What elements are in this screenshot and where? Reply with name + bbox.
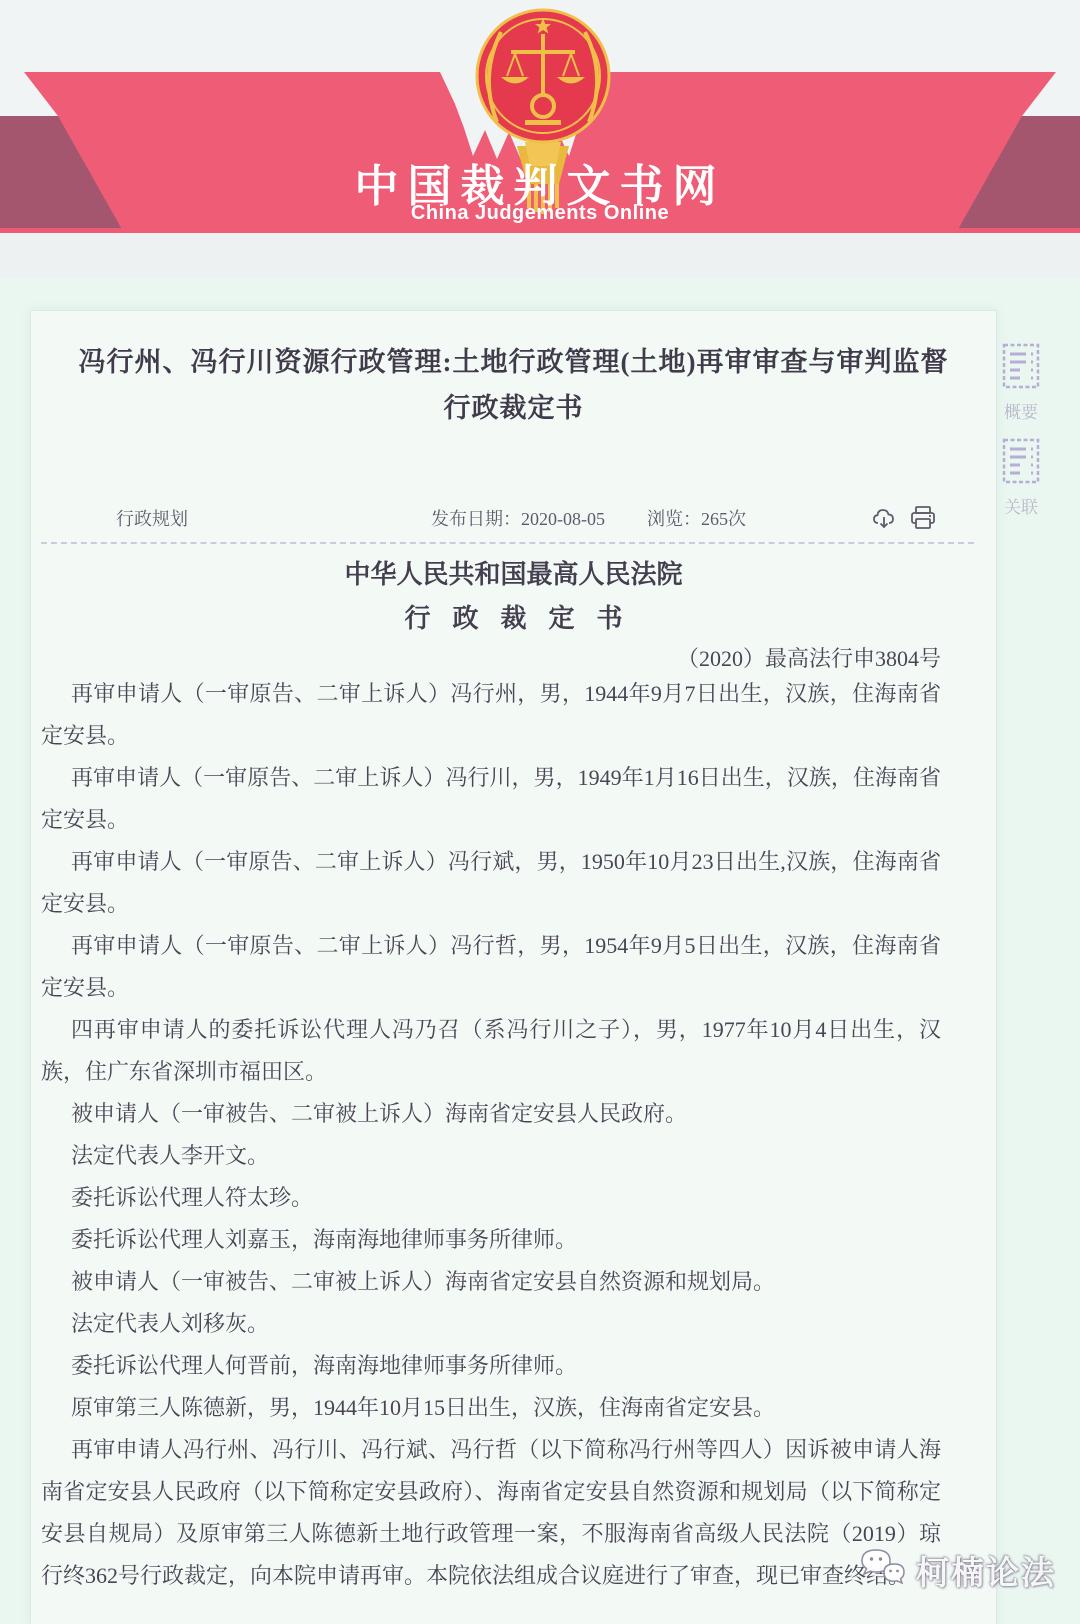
paragraph: 委托诉讼代理人符太珍。 <box>41 1177 941 1219</box>
category-label: 行政规划 <box>116 505 188 531</box>
wechat-watermark: 柯楠论法 <box>852 1546 1056 1594</box>
paragraph: 四再审申请人的委托诉讼代理人冯乃召（系冯行川之子），男，1977年10月4日出生… <box>41 1009 941 1093</box>
paragraph: 再审申请人（一审原告、二审上诉人）冯行州，男，1944年9月7日出生，汉族，住海… <box>41 673 941 757</box>
dashed-divider <box>41 542 974 544</box>
sidebar-item-label: 关联 <box>999 493 1043 518</box>
paragraph: 被申请人（一审被告、二审被上诉人）海南省定安县自然资源和规划局。 <box>41 1261 941 1303</box>
related-document-icon <box>1002 438 1040 484</box>
sidebar-item-related[interactable]: 关联 <box>999 438 1043 518</box>
paragraph: 被申请人（一审被告、二审被上诉人）海南省定安县人民政府。 <box>41 1093 941 1135</box>
publish-date: 发布日期：2020-08-05 <box>431 505 605 531</box>
paragraph: 委托诉讼代理人何晋前，海南海地律师事务所律师。 <box>41 1345 941 1387</box>
paragraph: 再审申请人（一审原告、二审上诉人）冯行哲，男，1954年9月5日出生，汉族，住海… <box>41 925 941 1009</box>
banner-lower-strip <box>0 233 1080 278</box>
document-card: 冯行州、冯行川资源行政管理:土地行政管理(土地)再审审查与审判监督行政裁定书 行… <box>30 310 997 1624</box>
page-body: 冯行州、冯行川资源行政管理:土地行政管理(土地)再审审查与审判监督行政裁定书 行… <box>0 278 1080 1624</box>
paragraph: 法定代表人李开文。 <box>41 1135 941 1177</box>
sidebar-item-label: 概要 <box>999 398 1043 423</box>
case-number: （2020）最高法行申3804号 <box>677 642 941 673</box>
site-subtitle: China Judgements Online <box>0 202 1080 225</box>
watermark-label: 柯楠论法 <box>916 1547 1056 1594</box>
court-name: 中华人民共和国最高人民法院 <box>31 554 996 591</box>
view-count: 浏览：265次 <box>647 505 746 531</box>
summary-document-icon <box>1002 343 1040 389</box>
document-type: 行政裁定书 <box>31 598 996 635</box>
paragraph: 法定代表人刘移灰。 <box>41 1303 941 1345</box>
paragraph: 再审申请人（一审原告、二审上诉人）冯行斌，男，1950年10月23日出生,汉族，… <box>41 841 941 925</box>
paragraph: 再审申请人冯行州、冯行川、冯行斌、冯行哲（以下简称冯行州等四人）因诉被申请人海南… <box>41 1429 941 1597</box>
site-banner: 中国裁判文书网 China Judgements Online <box>0 0 1080 233</box>
wechat-bubbles-icon <box>852 1546 910 1594</box>
paragraph: 再审申请人（一审原告、二审上诉人）冯行川，男，1949年1月16日出生，汉族，住… <box>41 757 941 841</box>
sidebar-item-summary[interactable]: 概要 <box>999 343 1043 423</box>
document-title: 冯行州、冯行川资源行政管理:土地行政管理(土地)再审审查与审判监督行政裁定书 <box>69 339 958 431</box>
paragraph: 委托诉讼代理人刘嘉玉，海南海地律师事务所律师。 <box>41 1219 941 1261</box>
document-paragraphs: 再审申请人（一审原告、二审上诉人）冯行州，男，1944年9月7日出生，汉族，住海… <box>41 673 941 1597</box>
printer-icon[interactable] <box>908 503 938 533</box>
document-meta-row: 行政规划 发布日期：2020-08-05 浏览：265次 <box>31 503 996 535</box>
paragraph: 原审第三人陈德新，男，1944年10月15日出生，汉族，住海南省定安县。 <box>41 1387 941 1429</box>
cloud-download-icon[interactable] <box>869 503 899 533</box>
